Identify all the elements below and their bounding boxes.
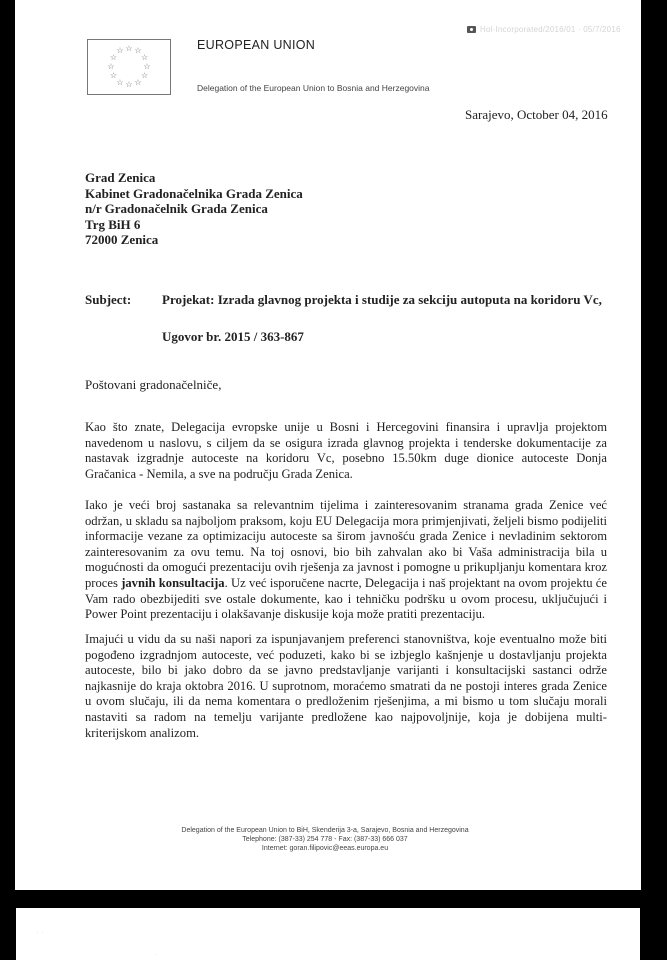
recipient-line: 72000 Zenica	[85, 232, 303, 248]
star-icon: ☆	[109, 72, 117, 80]
paragraph-2-emphasis: javnih konsultacija	[121, 576, 224, 590]
star-icon: ☆	[143, 63, 151, 71]
star-icon: ☆	[134, 79, 142, 87]
watermark-text: Hol·Incorporated/2016/01 · 05/7/2016	[480, 25, 621, 34]
letter-date: Sarajevo, October 04, 2016	[465, 107, 608, 123]
letter-page-2: · · ·	[16, 908, 640, 960]
subject-text: Projekat: Izrada glavnog projekta i stud…	[162, 292, 622, 307]
recipient-line: Grad Zenica	[85, 170, 303, 186]
paragraph-3: Imajući u vidu da su naši napori za ispu…	[85, 632, 607, 741]
recipient-line: Trg BiH 6	[85, 217, 303, 233]
image-watermark: Hol·Incorporated/2016/01 · 05/7/2016	[467, 25, 621, 34]
paragraph-1: Kao što znate, Delegacija evropske unije…	[85, 420, 607, 482]
paragraph-2: Iako je veći broj sastanaka sa relevantn…	[85, 498, 607, 623]
contract-number: Ugovor br. 2015 / 363-867	[162, 329, 304, 345]
faint-mark: ·	[154, 950, 157, 959]
footer-address: Delegation of the European Union to BiH,…	[95, 826, 555, 835]
salutation: Poštovani gradonačelniče,	[85, 377, 221, 393]
star-icon: ☆	[116, 47, 124, 55]
footer-phone: Telephone: (387-33) 254 778 - Fax: (387-…	[95, 835, 555, 844]
recipient-line: n/r Gradonačelnik Grada Zenica	[85, 201, 303, 217]
star-icon: ☆	[125, 45, 133, 53]
letter-footer: Delegation of the European Union to BiH,…	[95, 826, 555, 853]
recipient-line: Kabinet Gradonačelnika Grada Zenica	[85, 186, 303, 202]
star-icon: ☆	[141, 54, 149, 62]
eu-flag-icon: ☆☆☆☆☆☆☆☆☆☆☆☆	[87, 39, 171, 95]
letter-page-1: Hol·Incorporated/2016/01 · 05/7/2016 ☆☆☆…	[15, 0, 641, 890]
footer-internet: Internet: goran.filipovic@eeas.europa.eu	[95, 844, 555, 853]
subject-label: Subject:	[85, 292, 131, 308]
star-icon: ☆	[125, 81, 133, 89]
org-subtitle: Delegation of the European Union to Bosn…	[197, 83, 430, 93]
faint-mark: · ·	[36, 928, 44, 937]
recipient-address: Grad Zenica Kabinet Gradonačelnika Grada…	[85, 170, 303, 248]
org-name: EUROPEAN UNION	[197, 38, 315, 52]
star-icon: ☆	[107, 63, 115, 71]
camera-icon	[467, 26, 476, 33]
